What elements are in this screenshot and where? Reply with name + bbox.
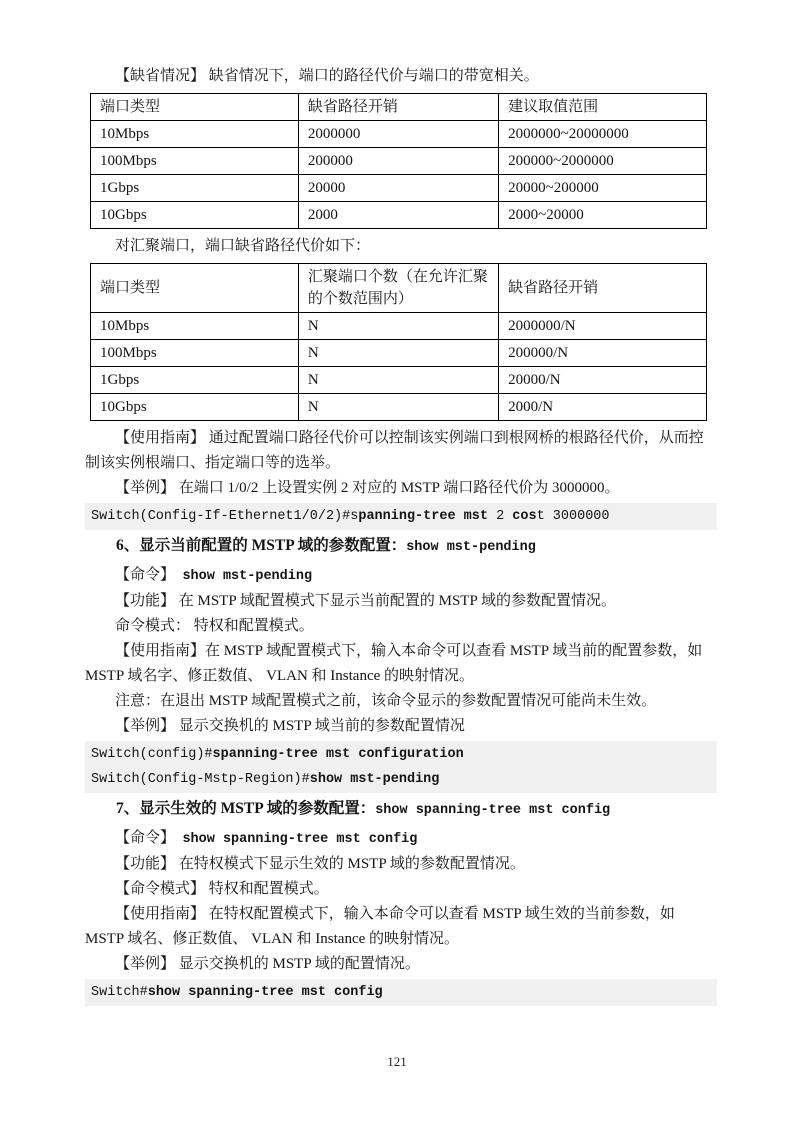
cli-code-block: Switch(config)#spanning-tree mst configu… bbox=[85, 741, 717, 793]
table-cell: 100Mbps bbox=[91, 148, 299, 175]
table-header-row: 端口类型 缺省路径开销 建议取值范围 bbox=[91, 94, 707, 121]
code-text: Switch(Config-Mstp-Region)# bbox=[91, 772, 310, 787]
table-cell: 100Mbps bbox=[91, 340, 299, 367]
table-row: 1Gbps 20000 20000~200000 bbox=[91, 175, 707, 202]
table-row: 10Gbps 2000 2000~20000 bbox=[91, 202, 707, 229]
table-cell: 1Gbps bbox=[91, 367, 299, 394]
note-line: 注意：在退出 MSTP 域配置模式之前，该命令显示的参数配置情况可能尚未生效。 bbox=[85, 689, 717, 714]
table-cell: 200000~2000000 bbox=[499, 148, 707, 175]
table-cell: 10Gbps bbox=[91, 202, 299, 229]
table-cell: 2000000~20000000 bbox=[499, 121, 707, 148]
page-number: 121 bbox=[0, 1054, 794, 1070]
cli-code-block: Switch(Config-If-Ethernet1/0/2)#spanning… bbox=[85, 503, 717, 530]
table-cell: N bbox=[298, 340, 498, 367]
mode-line: 命令模式： 特权和配置模式。 bbox=[85, 614, 717, 639]
table-cell: 1Gbps bbox=[91, 175, 299, 202]
table-cell: 2000000/N bbox=[499, 313, 707, 340]
function-line: 【功能】 在特权模式下显示生效的 MSTP 域的参数配置情况。 bbox=[85, 852, 717, 877]
code-text: Switch(Config-If-Ethernet1/0/2)#s bbox=[91, 509, 358, 524]
cli-code-line: Switch#show spanning-tree mst config bbox=[91, 980, 713, 1005]
code-text-bold: show mst-pending bbox=[310, 772, 440, 787]
default-note-paragraph: 【缺省情况】 缺省情况下，端口的路径代价与端口的带宽相关。 bbox=[85, 64, 717, 89]
table-cell: 200000 bbox=[298, 148, 498, 175]
table-row: 100Mbps N 200000/N bbox=[91, 340, 707, 367]
code-text: Switch(config)# bbox=[91, 747, 213, 762]
code-text-bold: panning-tree mst bbox=[358, 509, 488, 524]
section-heading-7: 7、显示生效的 MSTP 域的参数配置：show spanning-tree m… bbox=[85, 796, 717, 824]
aggregation-cost-table: 端口类型 汇聚端口个数（在允许汇聚的个数范围内） 缺省路径开销 10Mbps N… bbox=[90, 263, 707, 421]
table-cell: N bbox=[298, 367, 498, 394]
table-row: 10Gbps N 2000/N bbox=[91, 394, 707, 421]
table-header-cell: 缺省路径开销 bbox=[499, 264, 707, 313]
command-label: 【命令】 bbox=[115, 830, 175, 846]
heading-text: 6、显示当前配置的 MSTP 域的参数配置： bbox=[116, 537, 406, 554]
default-cost-table: 端口类型 缺省路径开销 建议取值范围 10Mbps 2000000 200000… bbox=[90, 93, 707, 229]
table-cell: 20000 bbox=[298, 175, 498, 202]
table-cell: 10Gbps bbox=[91, 394, 299, 421]
code-text: t 3000000 bbox=[537, 509, 610, 524]
code-text-bold: show spanning-tree mst config bbox=[148, 985, 383, 1000]
table-cell: 2000/N bbox=[499, 394, 707, 421]
table-header-cell: 汇聚端口个数（在允许汇聚的个数范围内） bbox=[298, 264, 498, 313]
aggregation-intro-paragraph: 对汇聚端口，端口缺省路径代价如下： bbox=[85, 234, 717, 259]
table-cell: 2000 bbox=[298, 202, 498, 229]
command-line: 【命令】show spanning-tree mst config bbox=[85, 826, 717, 852]
table-row: 10Mbps N 2000000/N bbox=[91, 313, 707, 340]
table-row: 10Mbps 2000000 2000000~20000000 bbox=[91, 121, 707, 148]
table-header-cell: 端口类型 bbox=[91, 264, 299, 313]
table-header-row: 端口类型 汇聚端口个数（在允许汇聚的个数范围内） 缺省路径开销 bbox=[91, 264, 707, 313]
table-header-cell: 端口类型 bbox=[91, 94, 299, 121]
usage-guide-paragraph: 【使用指南】 在特权配置模式下，输入本命令可以查看 MSTP 域生效的当前参数，… bbox=[85, 902, 717, 952]
heading-command-text: show spanning-tree mst config bbox=[375, 803, 610, 818]
heading-command-text: show mst-pending bbox=[406, 540, 536, 555]
table-cell: 20000~200000 bbox=[499, 175, 707, 202]
command-label: 【命令】 bbox=[115, 567, 175, 583]
table-cell: 2000000 bbox=[298, 121, 498, 148]
table-cell: 10Mbps bbox=[91, 121, 299, 148]
code-text: 2 bbox=[488, 509, 512, 524]
table-cell: N bbox=[298, 394, 498, 421]
document-page: 【缺省情况】 缺省情况下，端口的路径代价与端口的带宽相关。 端口类型 缺省路径开… bbox=[0, 0, 794, 1123]
table-row: 100Mbps 200000 200000~2000000 bbox=[91, 148, 707, 175]
table-cell: 20000/N bbox=[499, 367, 707, 394]
command-line: 【命令】show mst-pending bbox=[85, 563, 717, 589]
command-text: show spanning-tree mst config bbox=[182, 832, 417, 847]
function-line: 【功能】 在 MSTP 域配置模式下显示当前配置的 MSTP 域的参数配置情况。 bbox=[85, 589, 717, 614]
table-header-cell: 建议取值范围 bbox=[499, 94, 707, 121]
example-paragraph: 【举例】 在端口 1/0/2 上设置实例 2 对应的 MSTP 端口路径代价为 … bbox=[85, 476, 717, 501]
usage-guide-paragraph: 【使用指南】在 MSTP 域配置模式下，输入本命令可以查看 MSTP 域当前的配… bbox=[85, 639, 717, 689]
code-text: Switch# bbox=[91, 985, 148, 1000]
code-text-bold: spanning-tree mst configuration bbox=[213, 747, 464, 762]
code-text-bold: cos bbox=[512, 509, 536, 524]
cli-code-line: Switch(Config-If-Ethernet1/0/2)#spanning… bbox=[91, 504, 713, 529]
example-paragraph: 【举例】 显示交换机的 MSTP 域的配置情况。 bbox=[85, 952, 717, 977]
cli-code-line: Switch(config)#spanning-tree mst configu… bbox=[91, 742, 713, 767]
cli-code-block: Switch#show spanning-tree mst config bbox=[85, 979, 717, 1006]
table-row: 1Gbps N 20000/N bbox=[91, 367, 707, 394]
table-cell: N bbox=[298, 313, 498, 340]
table-cell: 2000~20000 bbox=[499, 202, 707, 229]
table-header-cell: 缺省路径开销 bbox=[298, 94, 498, 121]
section-heading-6: 6、显示当前配置的 MSTP 域的参数配置：show mst-pending bbox=[85, 533, 717, 561]
heading-text: 7、显示生效的 MSTP 域的参数配置： bbox=[116, 800, 375, 817]
example-paragraph: 【举例】 显示交换机的 MSTP 域当前的参数配置情况 bbox=[85, 714, 717, 739]
table-cell: 200000/N bbox=[499, 340, 707, 367]
mode-line: 【命令模式】 特权和配置模式。 bbox=[85, 877, 717, 902]
table-cell: 10Mbps bbox=[91, 313, 299, 340]
usage-guide-paragraph: 【使用指南】 通过配置端口路径代价可以控制该实例端口到根网桥的根路径代价，从而控… bbox=[85, 426, 717, 476]
cli-code-line: Switch(Config-Mstp-Region)#show mst-pend… bbox=[91, 767, 713, 792]
command-text: show mst-pending bbox=[182, 569, 312, 584]
page-content: 【缺省情况】 缺省情况下，端口的路径代价与端口的带宽相关。 端口类型 缺省路径开… bbox=[85, 64, 717, 1008]
